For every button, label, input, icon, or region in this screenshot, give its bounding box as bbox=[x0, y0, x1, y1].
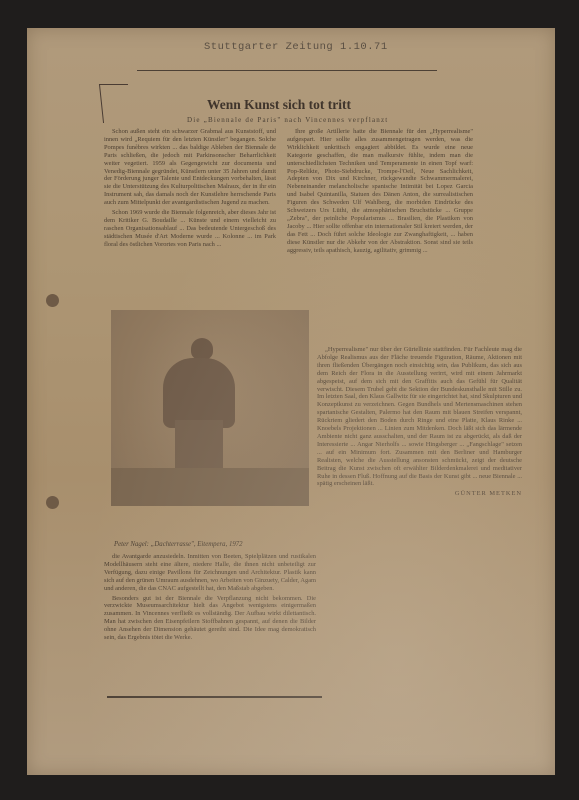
article-column-2: Ihre große Artillerie hatte die Biennale… bbox=[287, 128, 473, 336]
paragraph: Besonders gut ist der Biennale die Verpf… bbox=[104, 595, 316, 642]
source-date-stamp: Stuttgarter Zeitung 1.10.71 bbox=[204, 41, 388, 53]
paragraph: „Hyperrealisme" nur über der Gürtellinie… bbox=[317, 346, 522, 488]
article-column-1: Schon außen steht ein schwarzer Grabmal … bbox=[104, 128, 276, 318]
photo-caption: Peter Nagel: „Dachterrasse", Eitempera, … bbox=[114, 541, 243, 548]
punch-hole bbox=[46, 496, 59, 509]
article-column-3: „Hyperrealisme" nur über der Gürtellinie… bbox=[317, 346, 522, 614]
figure-head bbox=[191, 338, 213, 360]
article-photo bbox=[111, 310, 309, 506]
pencil-mark-icon bbox=[99, 84, 132, 123]
figure-legs bbox=[175, 420, 223, 476]
divider bbox=[107, 696, 322, 698]
newspaper-clipping: Stuttgarter Zeitung 1.10.71 Wenn Kunst s… bbox=[27, 28, 555, 775]
paragraph: die Avantgarde anzusiedeln. Inmitten von… bbox=[104, 553, 316, 593]
article-subheadline: Die „Biennale de Paris" nach Vincennes v… bbox=[187, 116, 388, 124]
article-column-4: die Avantgarde anzusiedeln. Inmitten von… bbox=[104, 553, 316, 698]
author-byline: GÜNTER METKEN bbox=[447, 490, 522, 498]
rooftop-ground bbox=[111, 468, 309, 506]
paragraph: Schon 1969 wurde die Biennale folgenreic… bbox=[104, 209, 276, 249]
paragraph: Schon außen steht ein schwarzer Grabmal … bbox=[104, 128, 276, 207]
divider bbox=[137, 70, 437, 71]
paragraph: Ihre große Artillerie hatte die Biennale… bbox=[287, 128, 473, 255]
article-headline: Wenn Kunst sich tot tritt bbox=[207, 97, 351, 113]
punch-hole bbox=[46, 294, 59, 307]
figure-body bbox=[163, 358, 235, 428]
